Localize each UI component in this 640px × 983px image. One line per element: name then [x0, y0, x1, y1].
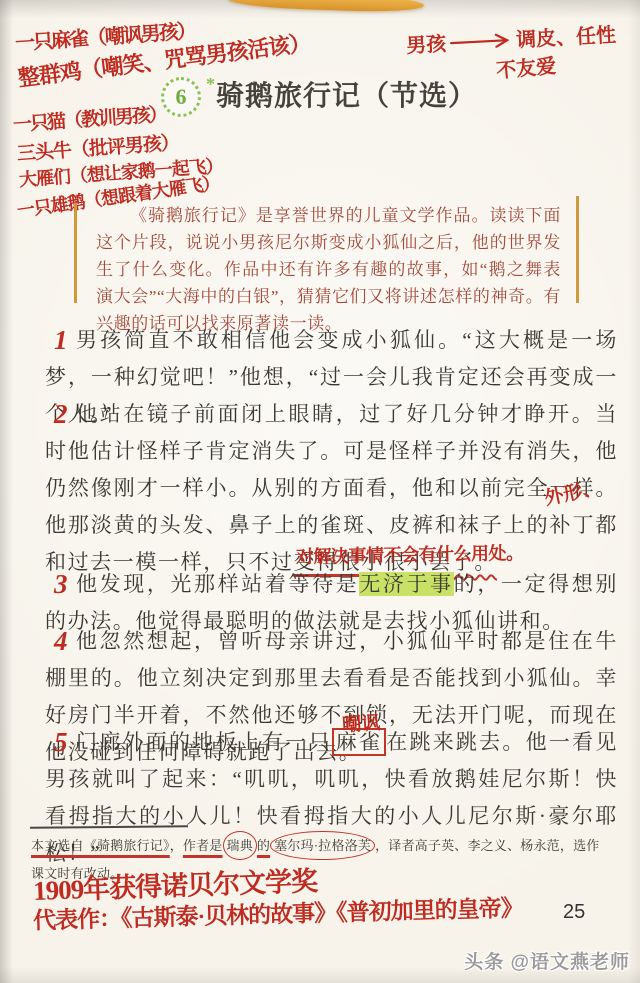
- traits-label: 调皮、任性: [515, 19, 616, 53]
- arrow-icon: [449, 30, 514, 49]
- footnote-segment-underline-red: 作者是: [183, 838, 223, 853]
- footnote-segment-underline-red: 本文选自《骑鹅旅行记》: [31, 838, 170, 853]
- footnote-segment-circle-red: 瑞典: [223, 831, 257, 860]
- paragraph-number: 2: [54, 401, 68, 428]
- margin-note-mock: 嘲讽: [341, 708, 381, 738]
- page-number: 25: [563, 901, 585, 924]
- footnote-segment-circle-red: 塞尔玛·拉格洛芙: [270, 831, 375, 860]
- paragraph-number: 5: [54, 729, 68, 756]
- watermark: 头条 @语文燕老师: [464, 947, 630, 974]
- text-segment: 他发现，光那样站着等待是: [76, 572, 359, 596]
- text-segment-highlight-green: 无济于事: [359, 572, 453, 596]
- lesson-title: 骑鹅旅行记（节选）: [216, 74, 477, 114]
- lesson-number: 6: [176, 84, 187, 110]
- textbook-page: 一只麻雀（嘲讽男孩）整群鸡（嘲笑、咒骂男孩活该）一只猫（教训男孩）三头牛（批评男…: [0, 0, 640, 983]
- margin-note-boy-traits-2: 不友爱: [495, 49, 557, 83]
- pen-on-desk: [228, 0, 424, 13]
- margin-note-idiom-meaning: 对解决事情不会有什么用处。: [296, 539, 524, 569]
- boy-label: 男孩: [405, 27, 446, 58]
- paragraph-number: 4: [54, 628, 68, 655]
- text-segment: 门廊外面的地板上有一只: [76, 730, 332, 754]
- intro-border-right: [576, 196, 579, 303]
- asterisk-mark: *: [206, 74, 215, 95]
- footnote-segment: ，: [170, 838, 183, 853]
- paragraph-number: 3: [54, 571, 68, 598]
- intro-paragraph: 《骑鹅旅行记》是享誉世界的儿童文学作品。读读下面这个片段，说说小男孩尼尔斯变成小…: [96, 202, 561, 337]
- footnote-segment-underline-red: 的: [257, 838, 270, 853]
- lesson-number-badge: 6: [161, 77, 201, 117]
- intro-border-left: [74, 203, 77, 303]
- paragraph-number: 1: [54, 327, 68, 354]
